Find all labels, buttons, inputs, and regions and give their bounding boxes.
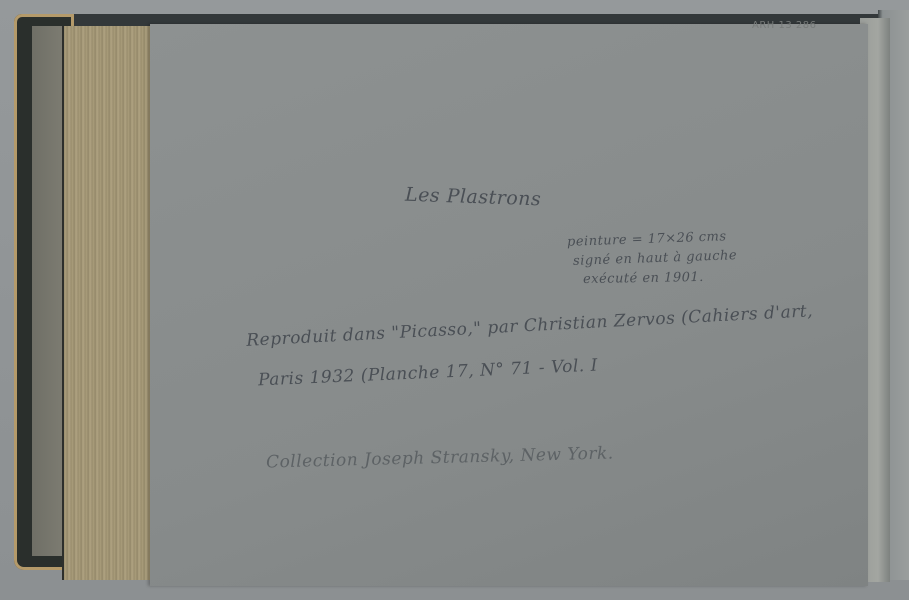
archive-number: ARH 13 286 [752,20,816,31]
album-cover-board [32,26,62,556]
detail-date: exécuté en 1901. [583,270,704,287]
page-stack-edges [62,26,164,580]
artwork-title: Les Plastrons [405,184,542,211]
